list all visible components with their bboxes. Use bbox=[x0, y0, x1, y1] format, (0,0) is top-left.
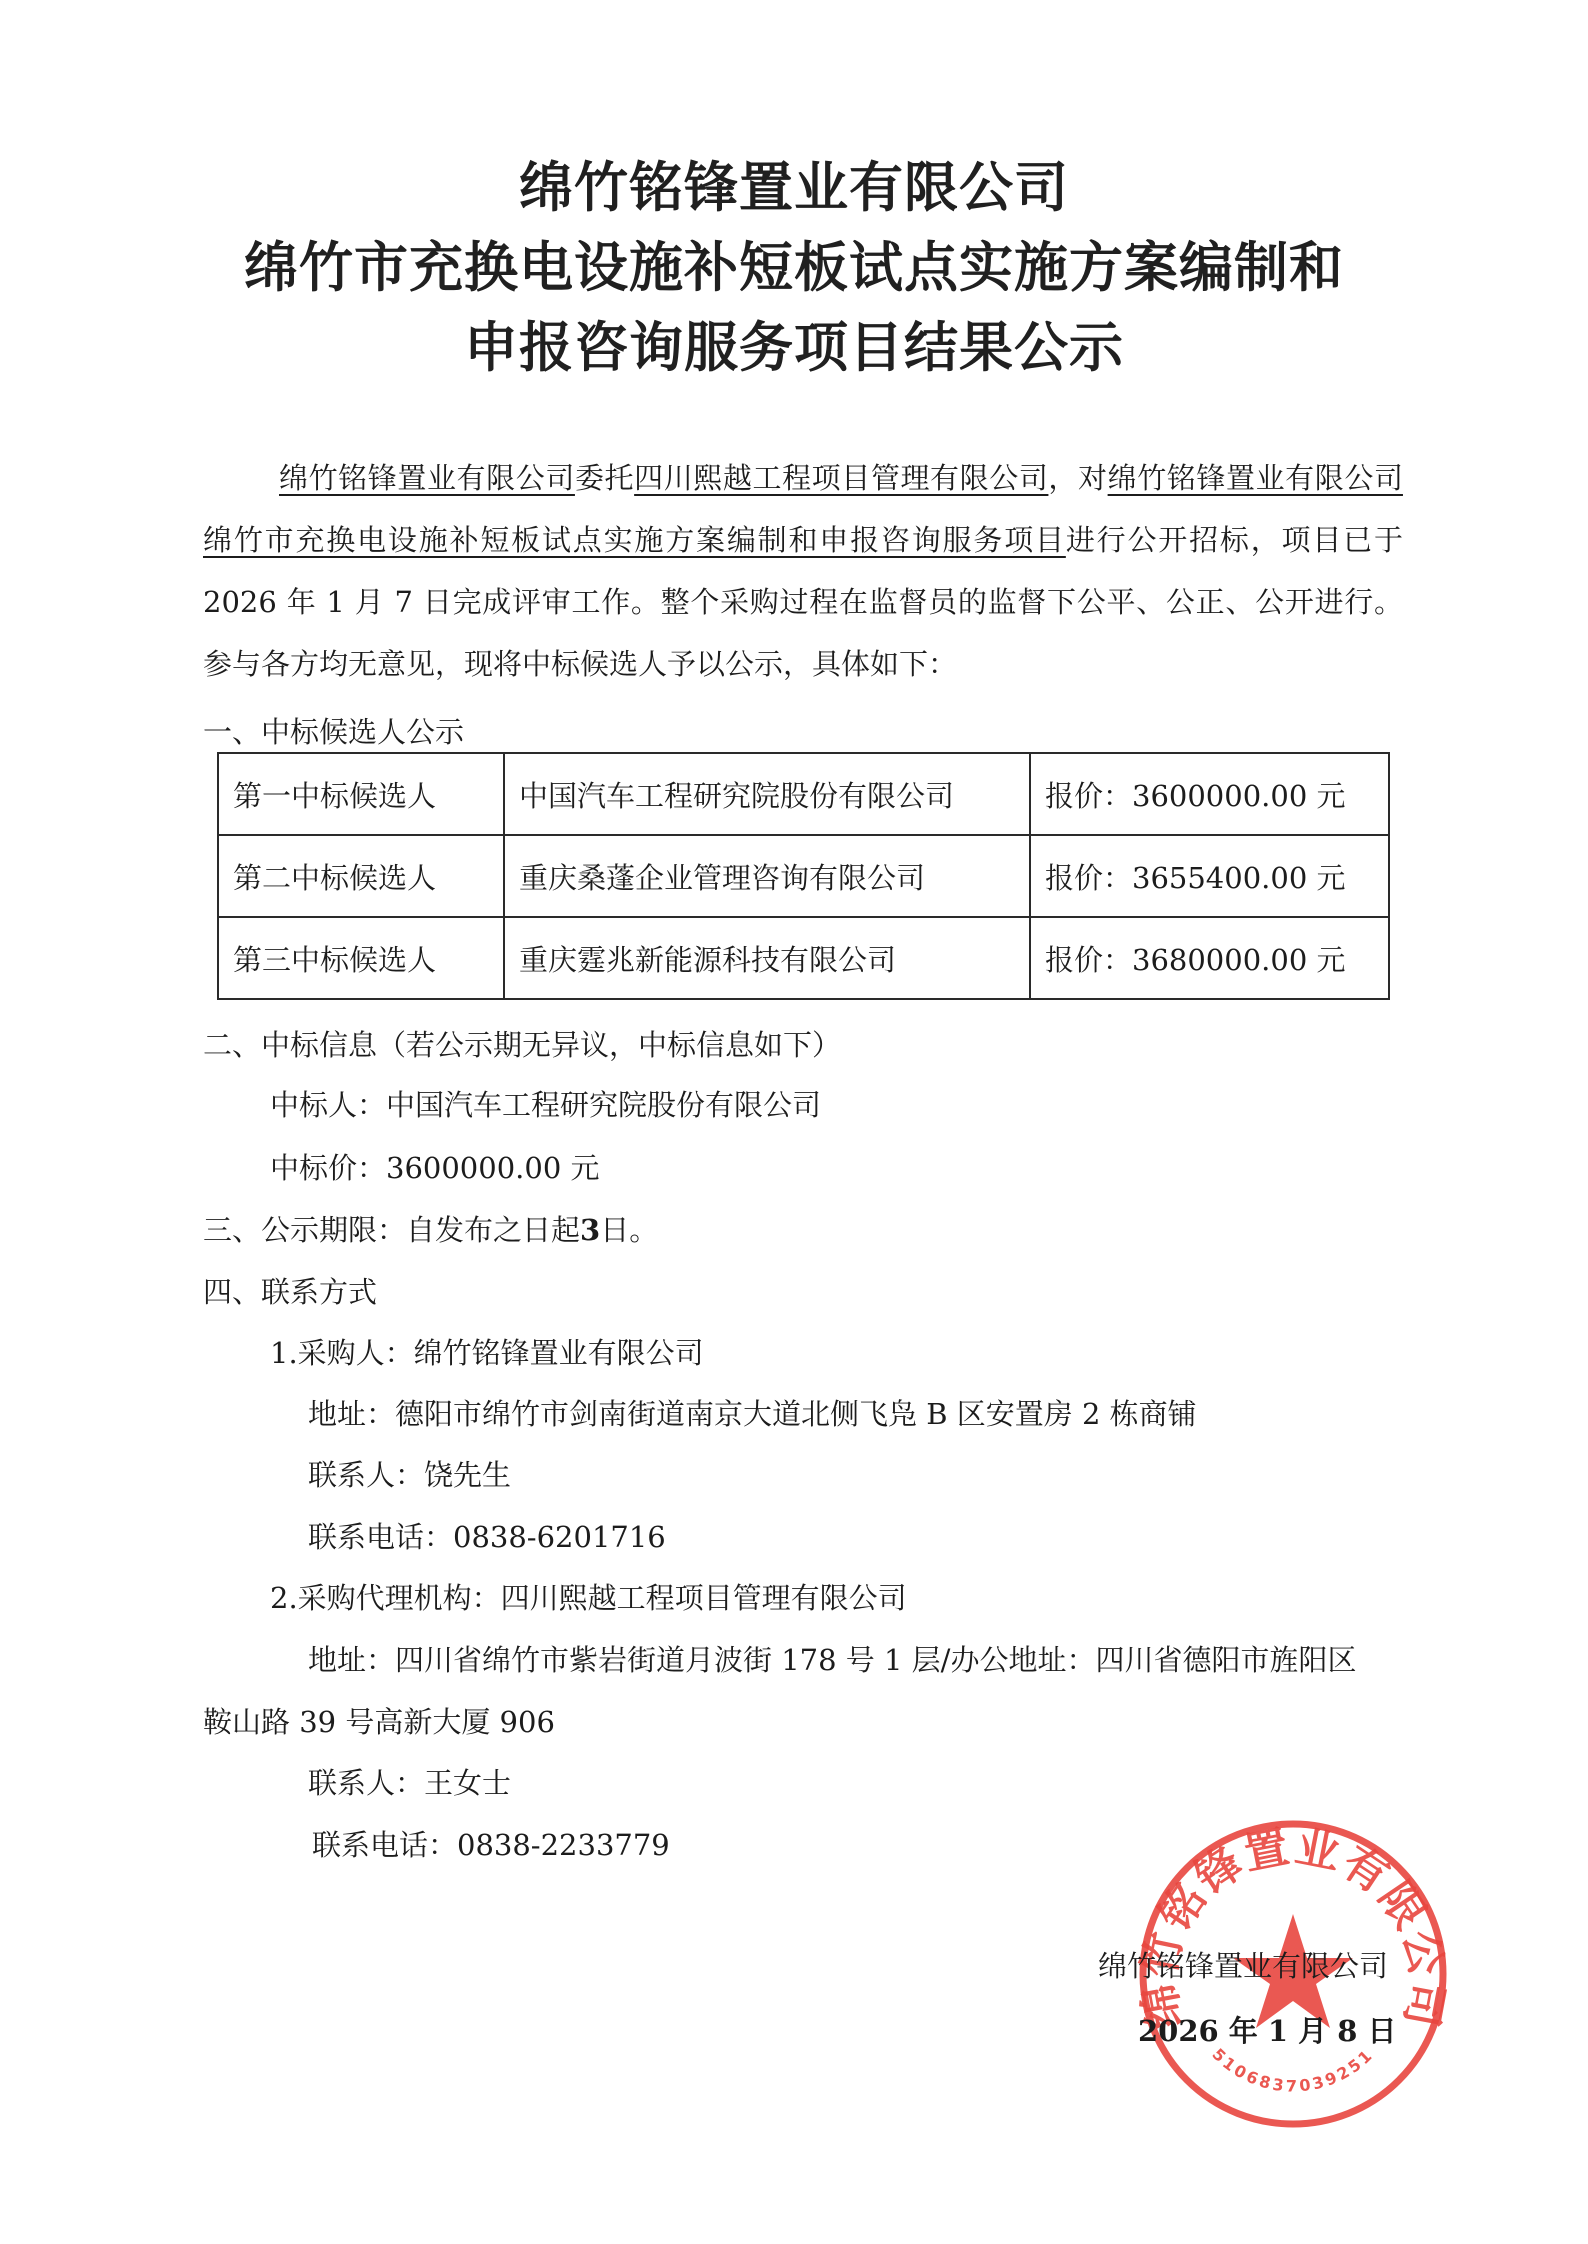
title-line-1: 绵竹铭锋置业有限公司 bbox=[0, 148, 1588, 228]
table-row: 第三中标候选人 重庆霆兆新能源科技有限公司 报价：3680000.00 元 bbox=[218, 917, 1389, 999]
period-prefix: 三、公示期限：自发布之日起 bbox=[203, 1213, 580, 1247]
candidate-rank: 第一中标候选人 bbox=[218, 753, 504, 835]
period-suffix: 日。 bbox=[600, 1213, 658, 1247]
signature-org: 绵竹铭锋置业有限公司 bbox=[1098, 1944, 1388, 1985]
candidate-price: 报价：3680000.00 元 bbox=[1030, 917, 1389, 999]
section-2-heading: 二、中标信息（若公示期无异议，中标信息如下） bbox=[203, 1025, 841, 1065]
title-line-3: 申报咨询服务项目结果公示 bbox=[0, 308, 1588, 388]
agency-address-line2: 鞍山路 39 号高新大厦 906 bbox=[203, 1702, 555, 1742]
document-title: 绵竹铭锋置业有限公司 绵竹市充换电设施补短板试点实施方案编制和 申报咨询服务项目… bbox=[0, 148, 1588, 388]
period-days: 3 bbox=[580, 1213, 600, 1247]
candidate-company: 重庆霆兆新能源科技有限公司 bbox=[504, 917, 1030, 999]
table-row: 第一中标候选人 中国汽车工程研究院股份有限公司 报价：3600000.00 元 bbox=[218, 753, 1389, 835]
intro-paragraph: 绵竹铭锋置业有限公司委托四川熙越工程项目管理有限公司，对绵竹铭锋置业有限公司绵竹… bbox=[203, 447, 1403, 695]
title-line-2: 绵竹市充换电设施补短板试点实施方案编制和 bbox=[0, 228, 1588, 308]
purchaser-label: 1.采购人：绵竹铭锋置业有限公司 bbox=[270, 1333, 704, 1373]
candidate-rank: 第三中标候选人 bbox=[218, 917, 504, 999]
candidate-company: 中国汽车工程研究院股份有限公司 bbox=[504, 753, 1030, 835]
candidate-price: 报价：3655400.00 元 bbox=[1030, 835, 1389, 917]
intro-text: 委托 bbox=[575, 461, 634, 495]
candidate-company: 重庆桑蓬企业管理咨询有限公司 bbox=[504, 835, 1030, 917]
purchaser-phone: 联系电话：0838-6201716 bbox=[308, 1517, 666, 1557]
winner: 中标人：中国汽车工程研究院股份有限公司 bbox=[270, 1085, 821, 1125]
section-4-heading: 四、联系方式 bbox=[203, 1272, 377, 1312]
table-row: 第二中标候选人 重庆桑蓬企业管理咨询有限公司 报价：3655400.00 元 bbox=[218, 835, 1389, 917]
agency-name: 四川熙越工程项目管理有限公司 bbox=[634, 461, 1048, 495]
purchaser-address: 地址：德阳市绵竹市剑南街道南京大道北侧飞凫 B 区安置房 2 栋商铺 bbox=[308, 1394, 1197, 1434]
agency-phone: 联系电话：0838-2233779 bbox=[312, 1825, 670, 1865]
agency-contact: 联系人：王女士 bbox=[308, 1763, 511, 1803]
winning-price: 中标价：3600000.00 元 bbox=[270, 1148, 600, 1188]
agency-address-line1: 地址：四川省绵竹市紫岩街道月波街 178 号 1 层/办公地址：四川省德阳市旌阳… bbox=[308, 1640, 1356, 1680]
section-3-heading: 三、公示期限：自发布之日起3日。 bbox=[203, 1210, 658, 1250]
section-1-heading: 一、中标候选人公示 bbox=[203, 712, 464, 752]
intro-text: ，对 bbox=[1048, 461, 1107, 495]
purchaser-name: 绵竹铭锋置业有限公司 bbox=[279, 461, 575, 495]
purchaser-contact: 联系人：饶先生 bbox=[308, 1455, 511, 1495]
candidates-table: 第一中标候选人 中国汽车工程研究院股份有限公司 报价：3600000.00 元 … bbox=[217, 752, 1390, 1000]
signature-date: 2026 年 1 月 8 日 bbox=[1138, 2009, 1397, 2050]
document-page: 绵竹铭锋置业有限公司 绵竹市充换电设施补短板试点实施方案编制和 申报咨询服务项目… bbox=[0, 0, 1588, 2244]
agency-label: 2.采购代理机构：四川熙越工程项目管理有限公司 bbox=[270, 1578, 907, 1618]
candidate-price: 报价：3600000.00 元 bbox=[1030, 753, 1389, 835]
candidate-rank: 第二中标候选人 bbox=[218, 835, 504, 917]
svg-text:5106837039251: 5106837039251 bbox=[1208, 2045, 1377, 2096]
